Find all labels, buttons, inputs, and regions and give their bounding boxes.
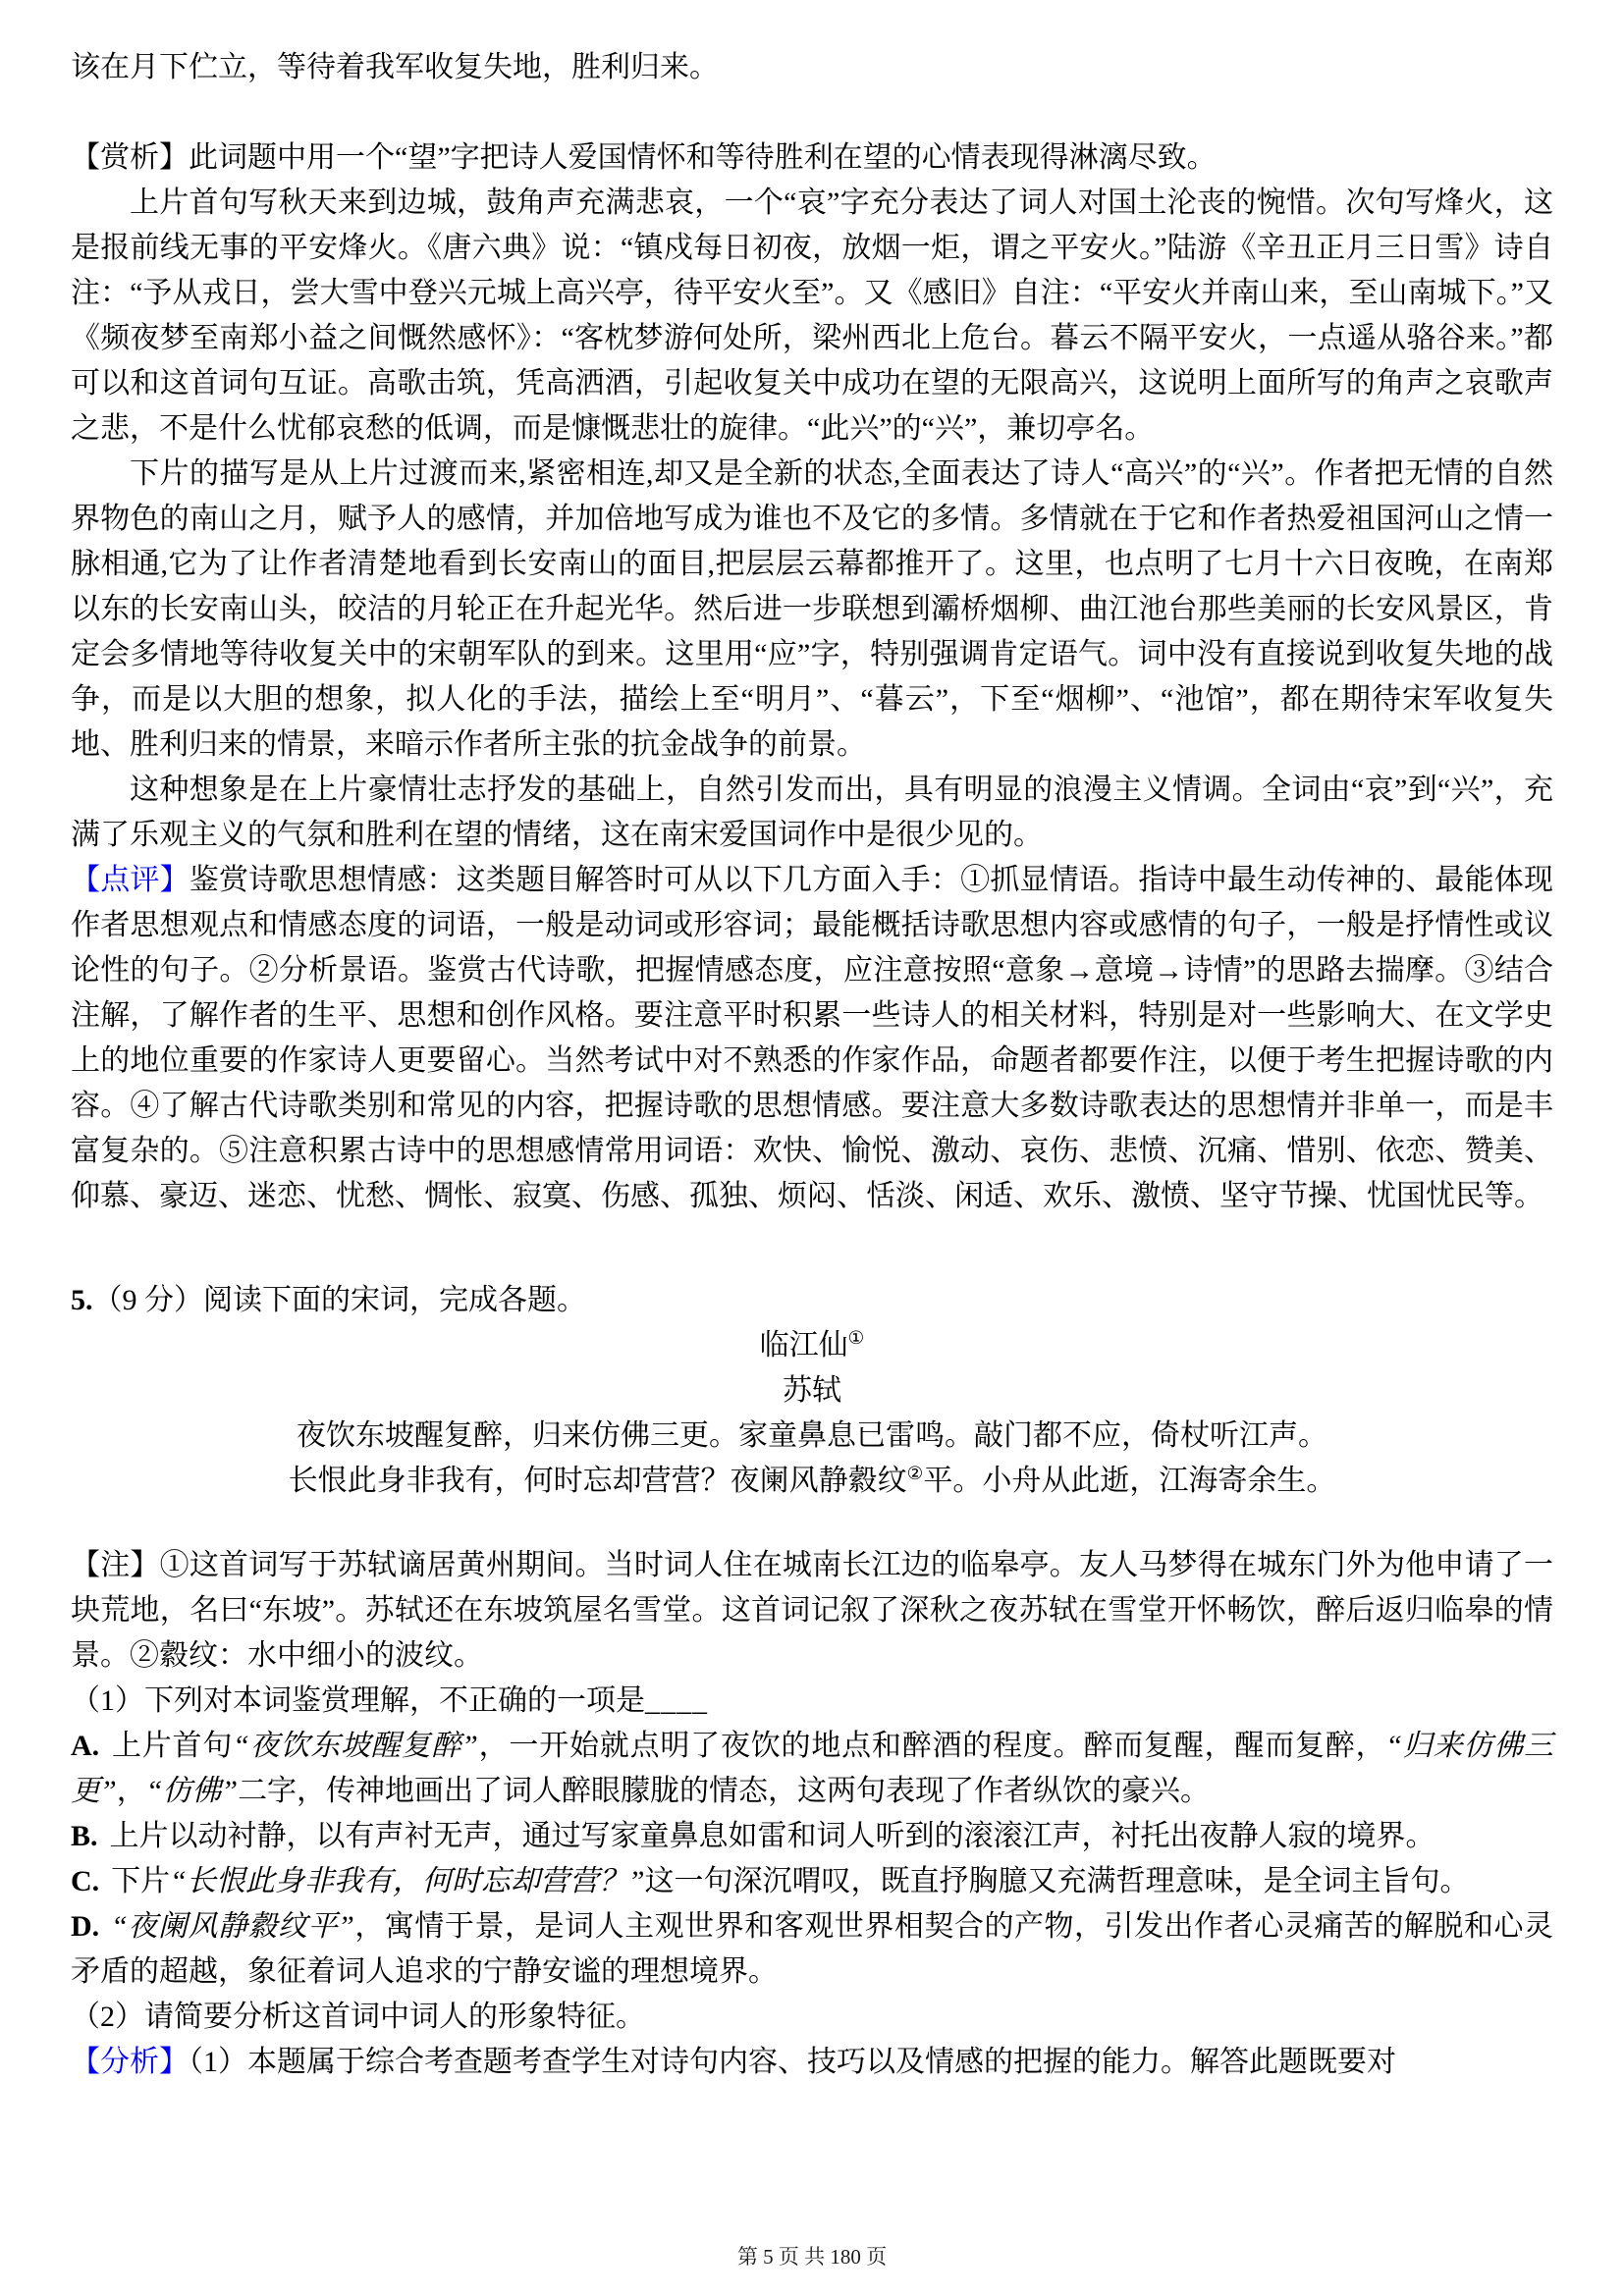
- fenxi-label: 【分析】: [71, 2046, 189, 2078]
- shangxi-lead-text: 此词题中用一个“望”字把诗人爱国情怀和等待胜利在望的心情表现得淋漓尽致。: [189, 141, 1217, 174]
- shangxi-para-2: 下片的描写是从上片过渡而来,紧密相连,却又是全新的状态,全面表达了诗人“高兴”的…: [71, 452, 1553, 768]
- question5-stem: 5.（9 分）阅读下面的宋词，完成各题。: [71, 1278, 1553, 1323]
- note-text: ①这首词写于苏轼谪居黄州期间。当时词人住在城南长江边的临皋亭。友人马梦得在城东门…: [71, 1549, 1553, 1672]
- option-a-text: 上片首句“夜饮东坡醒复醉”，一开始就点明了夜饮的地点和醉酒的程度。醉而复醒，醒而…: [71, 1730, 1553, 1807]
- dianping-text: 鉴赏诗歌思想情感：这类题目解答时可从以下几方面入手：①抓显情语。指诗中最生动传神…: [71, 864, 1553, 1212]
- poem-line-2: 长恨此身非我有，何时忘却营营？夜阑风静縠纹②平。小舟从此逝，江海寄余生。: [71, 1459, 1553, 1504]
- document-page: 该在月下伫立，等待着我军收复失地，胜利归来。 【赏析】此词题中用一个“望”字把诗…: [0, 0, 1624, 2296]
- sub-question-2-label: （2）: [71, 2001, 144, 2033]
- dianping-label: 【点评】: [71, 864, 189, 896]
- carryover-text: 该在月下伫立，等待着我军收复失地，胜利归来。: [71, 45, 1553, 90]
- page-footer: 第 5 页 共 180 页: [0, 2241, 1624, 2270]
- poem-line-2-footnote-mark: ②: [907, 1464, 924, 1484]
- option-b-label: B.: [71, 1820, 98, 1852]
- poem-title: 临江仙①: [71, 1323, 1553, 1368]
- note-label: 【注】: [71, 1549, 160, 1581]
- option-d-text: “夜阑风静縠纹平”，寓情于景，是词人主观世界和客观世界相契合的产物，引发出作者心…: [71, 1910, 1553, 1988]
- poem-author: 苏轼: [71, 1368, 1553, 1414]
- sub-question-2: （2）请简要分析这首词中词人的形象特征。: [71, 1995, 1553, 2040]
- option-d: D.“夜阑风静縠纹平”，寓情于景，是词人主观世界和客观世界相契合的产物，引发出作…: [71, 1904, 1553, 1995]
- option-a-label: A.: [71, 1730, 99, 1762]
- shangxi-para-3: 这种想象是在上片豪情壮志抒发的基础上，自然引发而出，具有明显的浪漫主义情调。全词…: [71, 768, 1553, 858]
- option-b: B.上片以动衬静，以有声衬无声，通过写家童鼻息如雷和词人听到的滚滚江声，衬托出夜…: [71, 1814, 1553, 1859]
- poem-line-1: 夜饮东坡醒复醉，归来仿佛三更。家童鼻息已雷鸣。敲门都不应，倚杖听江声。: [71, 1414, 1553, 1459]
- option-c-label: C.: [71, 1865, 99, 1897]
- poem-line-2-pre: 长恨此身非我有，何时忘却营营？夜阑风静縠纹: [289, 1465, 907, 1497]
- shangxi-paragraph: 【赏析】此词题中用一个“望”字把诗人爱国情怀和等待胜利在望的心情表现得淋漓尽致。: [71, 135, 1553, 181]
- fenxi-paragraph: 【分析】（1）本题属于综合考查题考查学生对诗句内容、技巧以及情感的把握的能力。解…: [71, 2040, 1553, 2085]
- question5-stem-text: （9 分）阅读下面的宋词，完成各题。: [93, 1284, 587, 1316]
- sub-question-2-text: 请简要分析这首词中词人的形象特征。: [144, 2001, 645, 2033]
- poem-title-footnote-mark: ①: [848, 1328, 865, 1349]
- option-a: A.上片首句“夜饮东坡醒复醉”，一开始就点明了夜饮的地点和醉酒的程度。醉而复醒，…: [71, 1724, 1553, 1814]
- question5-number: 5.: [71, 1284, 93, 1316]
- sub-question-1-text: 下列对本词鉴赏理解，不正确的一项是: [144, 1684, 645, 1717]
- option-d-label: D.: [71, 1910, 99, 1943]
- fenxi-text: （1）本题属于综合考查题考查学生对诗句内容、技巧以及情感的把握的能力。解答此题既…: [189, 2046, 1396, 2078]
- option-b-text: 上片以动衬静，以有声衬无声，通过写家童鼻息如雷和词人听到的滚滚江声，衬托出夜静人…: [110, 1820, 1435, 1852]
- note-paragraph: 【注】①这首词写于苏轼谪居黄州期间。当时词人住在城南长江边的临皋亭。友人马梦得在…: [71, 1543, 1553, 1679]
- answer-blank: ____: [645, 1684, 708, 1717]
- sub-question-1: （1）下列对本词鉴赏理解，不正确的一项是____: [71, 1679, 1553, 1724]
- poem-title-text: 临江仙: [760, 1329, 848, 1362]
- poem-line-2-post: 平。小舟从此逝，江海寄余生。: [923, 1465, 1335, 1497]
- shangxi-label: 【赏析】: [71, 141, 189, 174]
- shangxi-para-1: 上片首句写秋天来到边城，鼓角声充满悲哀，一个“哀”字充分表达了词人对国土沦丧的惋…: [71, 181, 1553, 452]
- sub-question-1-label: （1）: [71, 1684, 144, 1717]
- dianping-paragraph: 【点评】鉴赏诗歌思想情感：这类题目解答时可从以下几方面入手：①抓显情语。指诗中最…: [71, 858, 1553, 1219]
- option-c: C.下片“长恨此身非我有，何时忘却营营？”这一句深沉喟叹，既直抒胸臆又充满哲理意…: [71, 1859, 1553, 1904]
- option-c-text: 下片“长恨此身非我有，何时忘却营营？”这一句深沉喟叹，既直抒胸臆又充满哲理意味，…: [111, 1865, 1469, 1897]
